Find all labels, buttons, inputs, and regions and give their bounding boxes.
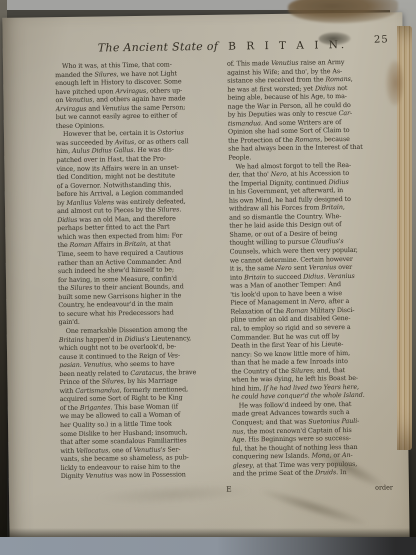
table-surface xyxy=(0,537,416,555)
book-page: The Ancient State of B R I T A I N. 25 W… xyxy=(2,12,409,546)
left-column: Who it was, at this Time, that com-mande… xyxy=(55,60,225,481)
right-column: of. This made Venutius raise an Armyagai… xyxy=(227,57,397,478)
edge-stain xyxy=(386,60,403,106)
book-photo-scene: The Ancient State of B R I T A I N. 25 W… xyxy=(0,0,416,555)
text-block: The Ancient State of B R I T A I N. 25 W… xyxy=(55,32,397,496)
text-line: Dignity Venutius was now in Possession xyxy=(61,470,225,481)
page-number: 25 xyxy=(374,34,389,45)
header-title-italic: The Ancient State of xyxy=(98,40,218,55)
two-column-text: Who it was, at this Time, that com-mande… xyxy=(55,57,397,480)
